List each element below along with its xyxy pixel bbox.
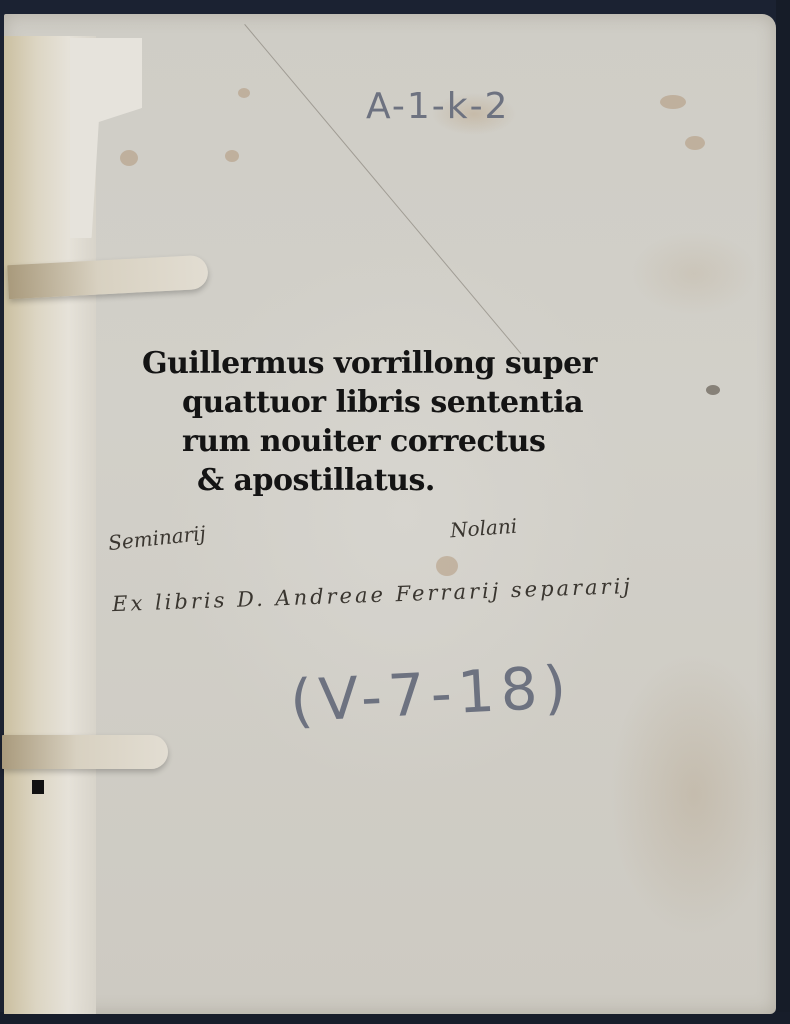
foxing-stain <box>120 150 138 166</box>
title-line-3: rum nouiter correctus <box>142 422 612 461</box>
foxing-stain <box>238 88 250 98</box>
binding-hole <box>32 780 44 794</box>
foxing-stain <box>685 136 705 150</box>
handwritten-nolani-note: Nolani <box>449 514 518 543</box>
scan-backdrop-right <box>776 0 790 1024</box>
foxing-stain <box>660 95 686 109</box>
foxing-stain <box>436 556 458 576</box>
printed-title: Guillermus vorrillong super quattuor lib… <box>142 344 612 500</box>
title-line-1: Guillermus vorrillong super <box>142 344 612 383</box>
binding-tab-lower <box>2 735 168 769</box>
shelfmark-top: A-1-k-2 <box>366 86 509 127</box>
title-page <box>4 14 776 1014</box>
foxing-stain <box>225 150 239 162</box>
title-line-4: & apostillatus. <box>142 461 612 500</box>
title-line-2: quattuor libris sententia <box>142 383 612 422</box>
ink-spot <box>706 385 720 395</box>
